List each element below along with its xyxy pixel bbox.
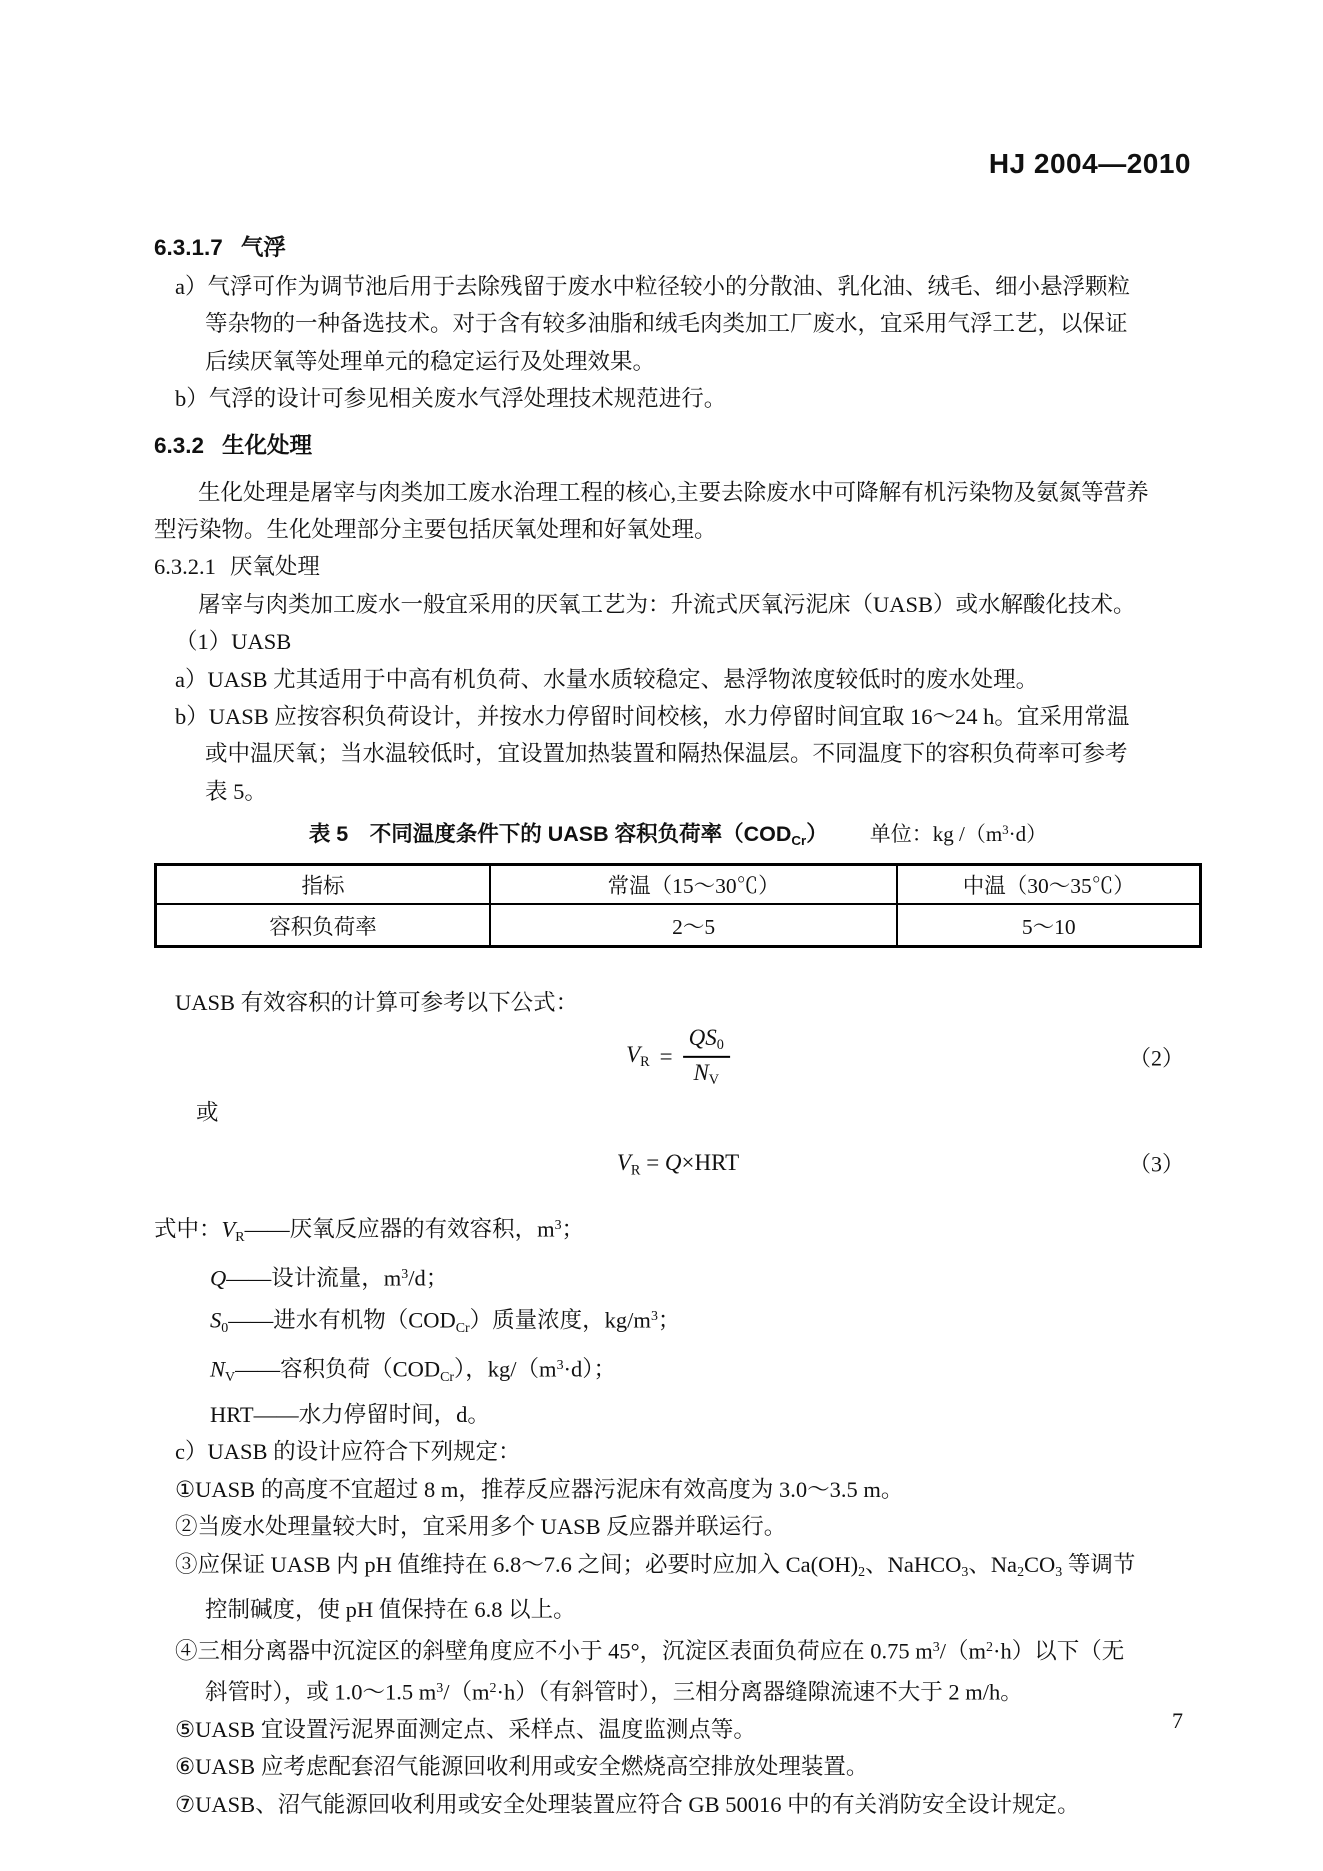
text-line: 斜管时），或 1.0～1.5 m3/（m2·h）（有斜管时），三相分离器缝隙流速… (154, 1670, 1202, 1711)
text-line: ⑤UASB 宜设置污泥界面测定点、采样点、温度监测点等。 (154, 1711, 1202, 1748)
text-line: HRT——水力停留时间，d。 (154, 1396, 1202, 1433)
text-line: b）气浮的设计可参见相关废水气浮处理技术规范进行。 (154, 380, 1202, 417)
text-line: 控制碱度，使 pH 值保持在 6.8 以上。 (154, 1591, 1202, 1628)
text-line: b）UASB 应按容积负荷设计，并按水力停留时间校核，水力停留时间宜取 16～2… (154, 698, 1202, 735)
table5-cell: 容积负荷率 (156, 904, 490, 947)
page-number: 7 (1172, 1708, 1183, 1734)
text-line: NV——容积负荷（CODCr），kg/（m3·d）； (154, 1347, 1202, 1396)
table5-header-cell: 常温（15～30℃） (490, 865, 898, 905)
table5-caption: 表 5 不同温度条件下的 UASB 容积负荷率（CODCr） 单位：kg /（m… (154, 812, 1202, 859)
table5-title: 表 5 不同温度条件下的 UASB 容积负荷率（CODCr） (309, 816, 828, 859)
table5-cell: 5～10 (897, 904, 1200, 947)
text-line: c）UASB 的设计应符合下列规定： (154, 1433, 1202, 1470)
document-page: HJ 2004—2010 6.3.1.7气浮 a）气浮可作为调节池后用于去除残留… (0, 0, 1323, 1871)
heading-number: 6.3.2 (154, 433, 204, 458)
heading-title: 生化处理 (222, 433, 312, 458)
heading-6-3-1-7: 6.3.1.7气浮 (154, 228, 1202, 268)
text-line: 型污染物。生化处理部分主要包括厌氧处理和好氧处理。 (154, 511, 1202, 548)
formula-3-body: VR = Q×HRT (617, 1144, 739, 1189)
text-line: 生化处理是屠宰与肉类加工废水治理工程的核心,主要去除废水中可降解有机污染物及氨氮… (154, 474, 1202, 511)
heading-title: 气浮 (241, 235, 286, 260)
heading-title: 厌氧处理 (230, 554, 320, 579)
formula-3: VR = Q×HRT （3） (154, 1144, 1202, 1182)
formula-number: （3） (1129, 1148, 1184, 1179)
table5-data-row: 容积负荷率 2～5 5～10 (156, 904, 1201, 947)
text-line: 或中温厌氧；当水温较低时，宜设置加热装置和隔热保温层。不同温度下的容积负荷率可参… (154, 735, 1202, 772)
page-content: 6.3.1.7气浮 a）气浮可作为调节池后用于去除残留于废水中粒径较小的分散油、… (154, 228, 1202, 1823)
text-line: ⑥UASB 应考虑配套沼气能源回收利用或安全燃烧高空排放处理装置。 (154, 1748, 1202, 1785)
text-line: ①UASB 的高度不宜超过 8 m，推荐反应器污泥床有效高度为 3.0～3.5 … (154, 1471, 1202, 1508)
standard-code: HJ 2004—2010 (989, 148, 1191, 180)
fraction-numerator: QS0 (683, 1025, 730, 1059)
formula-fraction: QS0 NV (683, 1025, 730, 1089)
formula-lhs: VR (626, 1042, 650, 1071)
text-line: ④三相分离器中沉淀区的斜壁角度应不小于 45°，沉淀区表面负荷应在 0.75 m… (154, 1629, 1202, 1670)
fraction-denominator: NV (683, 1058, 730, 1089)
text-line: 表 5。 (154, 773, 1202, 810)
heading-6-3-2-1: 6.3.2.1厌氧处理 (154, 548, 1202, 585)
table5-header-row: 指标 常温（15～30℃） 中温（30～35℃） (156, 865, 1201, 905)
text-line: 式中：VR——厌氧反应器的有效容积，m3； (154, 1207, 1202, 1256)
table-5: 指标 常温（15～30℃） 中温（30～35℃） 容积负荷率 2～5 5～10 (154, 863, 1202, 948)
table5-cell: 2～5 (490, 904, 898, 947)
text-line: 后续厌氧等处理单元的稳定运行及处理效果。 (154, 343, 1202, 380)
table5-header-cell: 中温（30～35℃） (897, 865, 1200, 905)
table5-header-cell: 指标 (156, 865, 490, 905)
text-line: Q——设计流量，m3/d； (154, 1256, 1202, 1297)
text-line: UASB 有效容积的计算可参考以下公式： (154, 984, 1202, 1021)
text-line: 或 (154, 1094, 1202, 1131)
text-line: （1）UASB (154, 623, 1202, 660)
text-line: ⑦UASB、沼气能源回收利用或安全处理装置应符合 GB 50016 中的有关消防… (154, 1786, 1202, 1823)
heading-6-3-2: 6.3.2生化处理 (154, 426, 1202, 466)
text-line: 等杂物的一种备选技术。对于含有较多油脂和绒毛肉类加工厂废水，宜采用气浮工艺，以保… (154, 305, 1202, 342)
text-line: 屠宰与肉类加工废水一般宜采用的厌氧工艺为：升流式厌氧污泥床（UASB）或水解酸化… (154, 586, 1202, 623)
text-line: ③应保证 UASB 内 pH 值维持在 6.8～7.6 之间；必要时应加入 Ca… (154, 1546, 1202, 1592)
text-line: ②当废水处理量较大时，宜采用多个 UASB 反应器并联运行。 (154, 1508, 1202, 1545)
formula-2-body: VR = QS0 NV (626, 1025, 730, 1089)
heading-number: 6.3.1.7 (154, 235, 223, 260)
text-line: a）气浮可作为调节池后用于去除残留于废水中粒径较小的分散油、乳化油、绒毛、细小悬… (154, 268, 1202, 305)
text-line: S0——进水有机物（CODCr）质量浓度，kg/m3； (154, 1298, 1202, 1347)
formula-equals: = (660, 1044, 673, 1070)
table5-unit: 单位：kg /（m3·d） (870, 812, 1047, 852)
heading-number: 6.3.2.1 (154, 554, 216, 579)
formula-number: （2） (1129, 1041, 1184, 1072)
text-line: a）UASB 尤其适用于中高有机负荷、水量水质较稳定、悬浮物浓度较低时的废水处理… (154, 661, 1202, 698)
formula-2: VR = QS0 NV （2） (154, 1024, 1202, 1090)
